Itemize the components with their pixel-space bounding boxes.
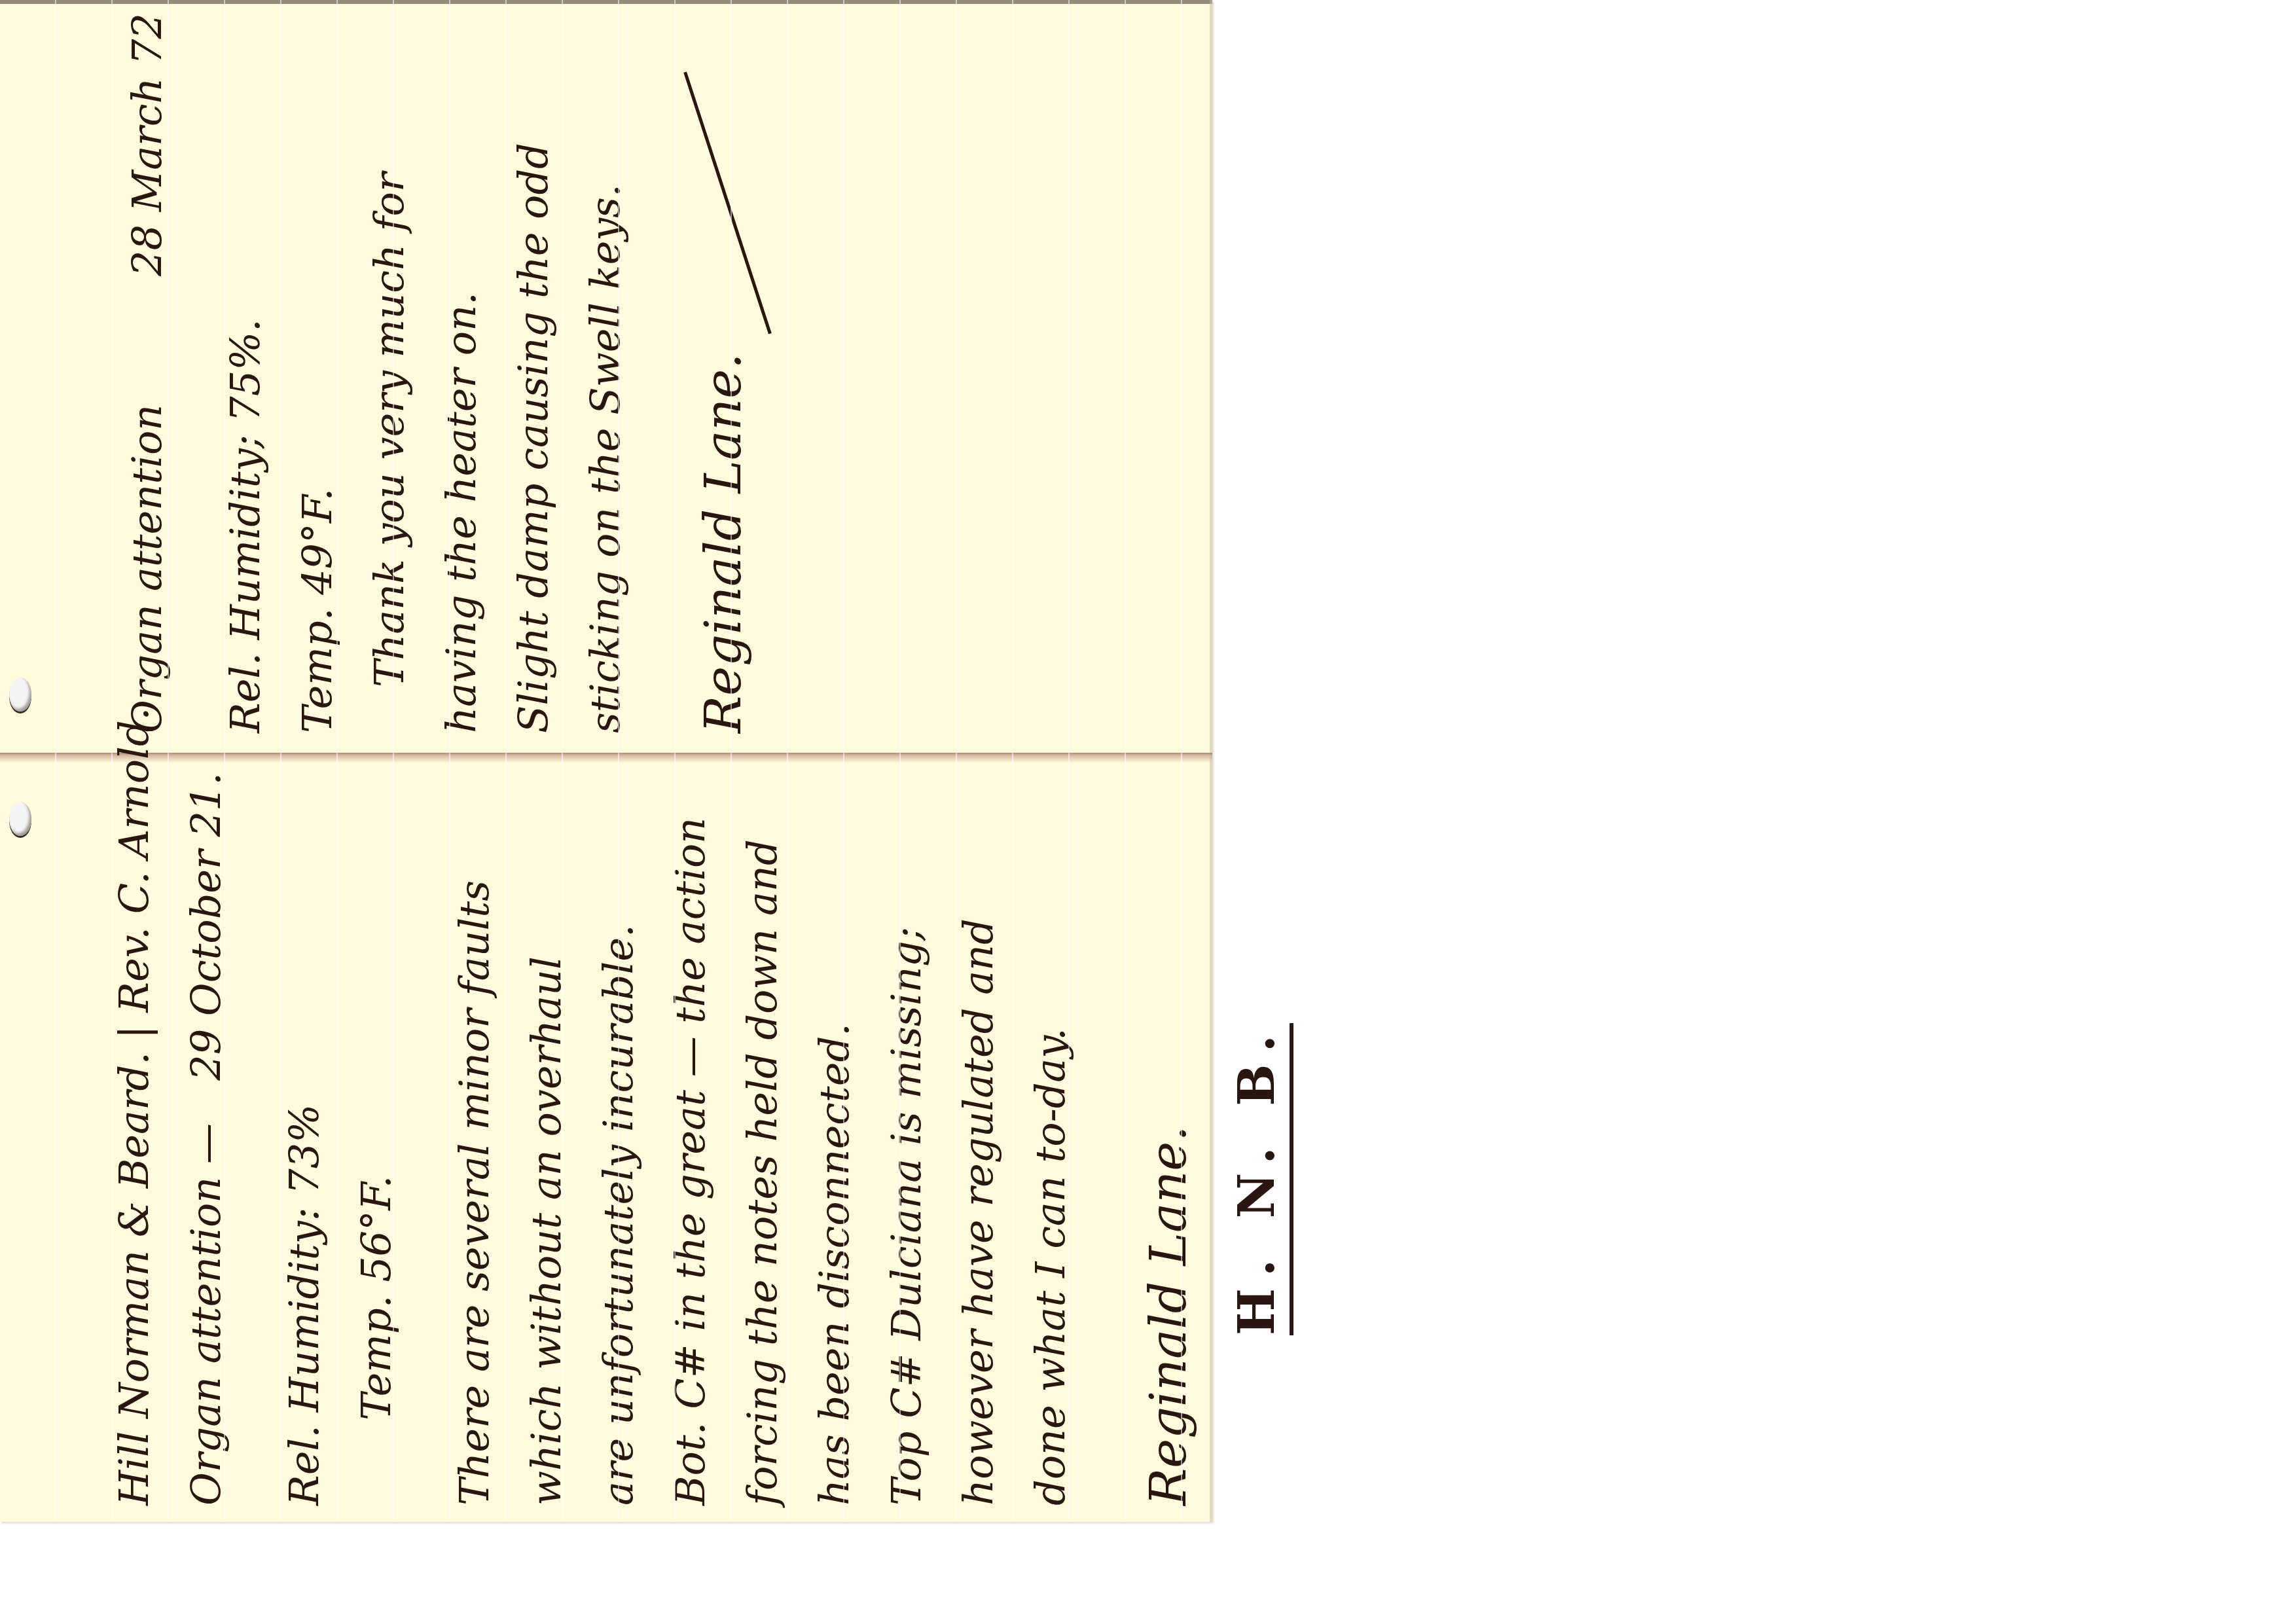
punch-hole-icon (9, 677, 31, 712)
temperature-reading: Temp. 49°F. (281, 13, 353, 733)
body-line: There are several minor faults (439, 772, 511, 1506)
entry-title: Organ attention — (170, 1123, 242, 1506)
punch-hole-icon (9, 802, 31, 836)
initials-underlined: H. N. B. (1224, 1023, 1293, 1335)
body-line: done what I can to-day. (1015, 772, 1087, 1506)
body-line: however have regulated and (943, 772, 1015, 1506)
signature-flourish (683, 71, 772, 334)
body-line: are unfortunately incurable. (583, 772, 655, 1506)
scanned-paper: Organ attention 28 March 72 Rel. Humidit… (0, 0, 1212, 1522)
entry-date: 28 March 72 (111, 13, 183, 276)
entry-title: Organ attention (111, 405, 183, 733)
signature: Reginald Lane. (687, 13, 759, 733)
body-line: has been disconnected. (799, 772, 871, 1506)
paper-top-edge (0, 0, 1212, 4)
lower-log-entry: Hill Norman & Beard. | Rev. C. Arnold. O… (98, 772, 1178, 1506)
upper-log-entry: Organ attention 28 March 72 Rel. Humidit… (111, 13, 1191, 733)
body-line: Thank you very much for (353, 13, 425, 733)
body-line: having the heater on. (425, 13, 497, 733)
body-line: forcing the notes held down and (727, 772, 799, 1506)
body-line: Top C# Dulciana is missing; (871, 772, 943, 1506)
humidity-reading: Rel. Humidity; 75%. (209, 13, 281, 733)
body-line: which without an overhaul (511, 772, 583, 1506)
firm-header: Hill Norman & Beard. | Rev. C. Arnold. (98, 772, 170, 1506)
perforation-fold-line (0, 753, 1212, 763)
body-line: sticking on the Swell keys. (569, 13, 642, 733)
humidity-reading: Rel. Humidity: 73% (268, 772, 340, 1506)
body-line: Bot. C# in the great — the action (655, 772, 727, 1506)
temperature-reading: Temp. 56°F. (340, 772, 412, 1506)
entry-header: Organ attention 28 March 72 (111, 13, 183, 733)
signature: Reginald Lane. (1132, 772, 1204, 1506)
entry-date: 29 October 21. (170, 772, 242, 1081)
body-line: Slight damp causing the odd (497, 13, 569, 733)
entry-header: Organ attention — 29 October 21. (170, 772, 242, 1506)
